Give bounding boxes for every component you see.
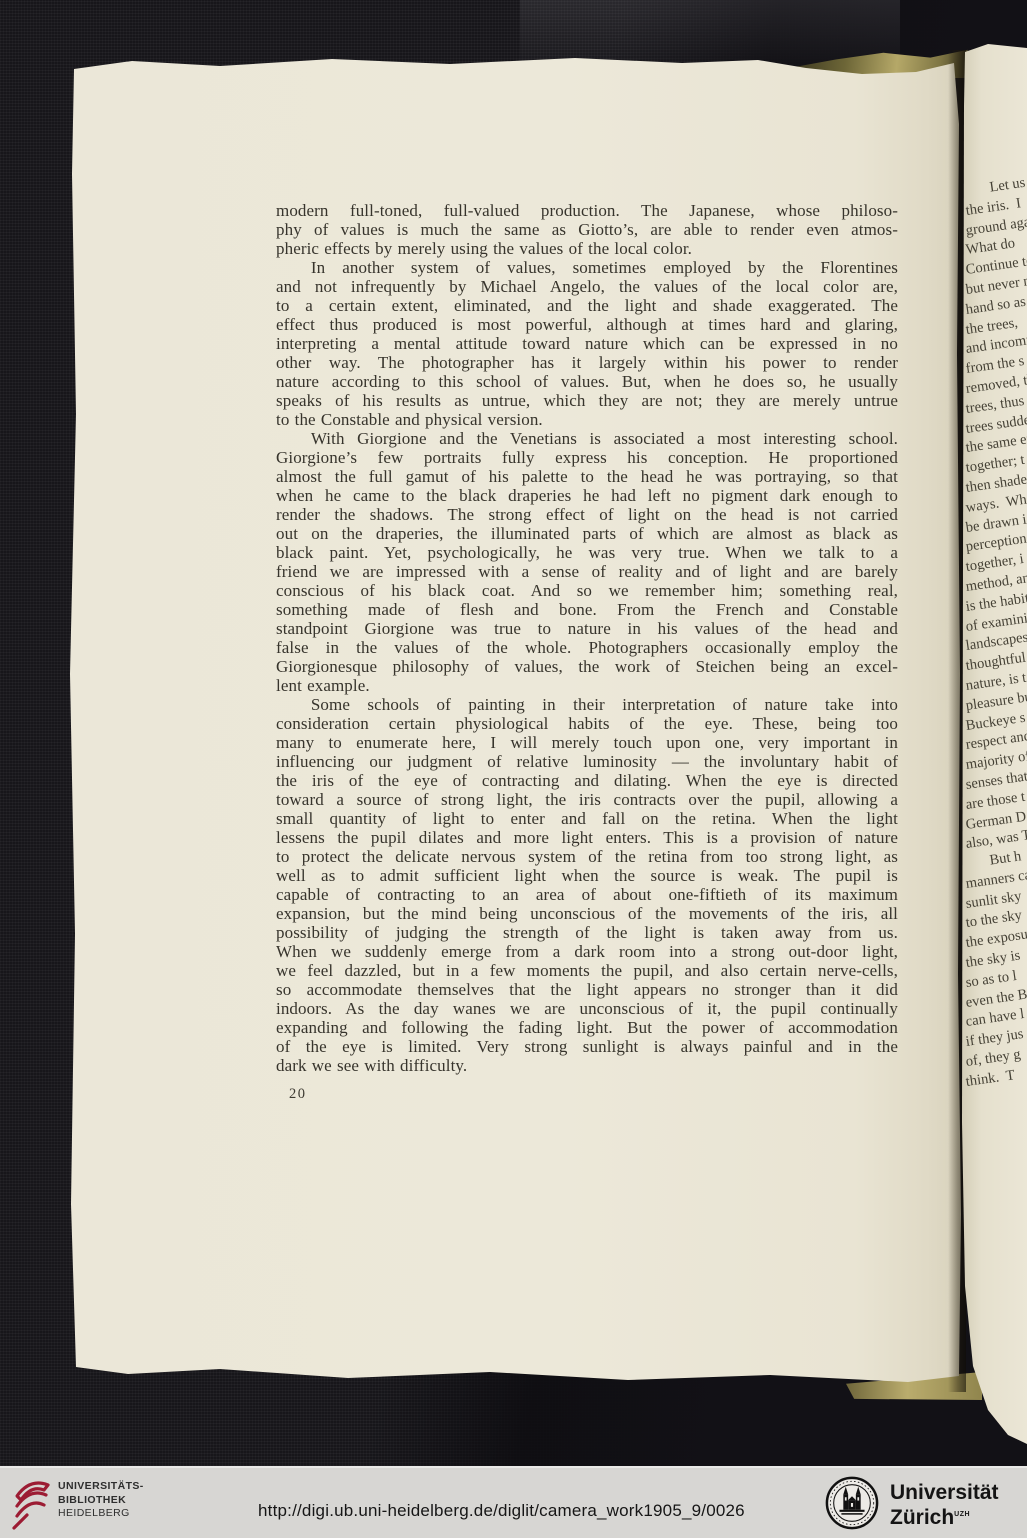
text-line: almost the full gamut of his palette to … [276,467,898,486]
text-line: toward a source of strong light, the iri… [276,790,898,809]
text-line: to a certain extent, eliminated, and the… [276,296,898,315]
library-name-line1: UNIVERSITÄTS- [58,1480,144,1494]
text-line: Some schools of painting in their interp… [276,695,898,714]
scanned-book-viewer: modern full-toned, full-valued productio… [0,0,1027,1538]
text-line: dark we see with difficulty. [276,1056,898,1075]
text-line: many to enumerate here, I will merely to… [276,733,898,752]
text-line: something made of flesh and bone. From t… [276,600,898,619]
text-line: indoors. As the day wanes we are unconsc… [276,999,898,1018]
text-line: standpoint Giorgione was true to nature … [276,619,898,638]
text-line: With Giorgione and the Venetians is asso… [276,429,898,448]
text-line: expanding and following the fading light… [276,1018,898,1037]
text-line: lent example. [276,676,898,695]
library-name-line2: BIBLIOTHEK [58,1494,144,1508]
text-line: out on the draperies, the illuminated pa… [276,524,898,543]
ub-heidelberg-logo-icon [10,1476,52,1537]
text-line: Giorgionesque philosophy of values, the … [276,657,898,676]
university-name: Universität ZürichUZH [890,1482,999,1529]
text-line: conscious of his black coat. And so we r… [276,581,898,600]
text-line: the iris of the eye of contracting and d… [276,771,898,790]
text-line: nature according to this school of value… [276,372,898,391]
text-line: black paint. Yet, psychologically, he wa… [276,543,898,562]
text-line: friend we are impressed with a sense of … [276,562,898,581]
text-line: and not infrequently by Michael Angelo, … [276,277,898,296]
university-name-line2: ZürichUZH [890,1504,999,1529]
text-line: consideration certain physiological habi… [276,714,898,733]
text-block: modern full-toned, full-valued productio… [276,201,898,1075]
library-name-line3: HEIDELBERG [58,1507,144,1521]
text-line: possibility of judging the strength of t… [276,923,898,942]
book-page: modern full-toned, full-valued productio… [70,54,962,1388]
text-line: of the eye is limited. Very strong sunli… [276,1037,898,1056]
university-name-line1: Universität [890,1482,999,1504]
text-line: interpreting a mental attitude toward na… [276,334,898,353]
text-line: phy of values is much the same as Giotto… [276,220,898,239]
footer-bar: UNIVERSITÄTS- BIBLIOTHEK HEIDELBERG http… [0,1466,1027,1538]
text-line: pheric effects by merely using the value… [276,239,898,258]
text-line: Giorgione’s few portraits fully express … [276,448,898,467]
text-line: modern full-toned, full-valued productio… [276,201,898,220]
page-number: 20 [289,1086,307,1103]
text-line: well as to admit sufficient light when t… [276,866,898,885]
uzh-superscript: UZH [954,1511,970,1518]
text-line: we feel dazzled, but in a few moments th… [276,961,898,980]
library-name: UNIVERSITÄTS- BIBLIOTHEK HEIDELBERG [58,1480,144,1521]
text-line: expansion, but the mind being unconsciou… [276,904,898,923]
facing-page-edge: Let usthe iris. Iground agaiWhat doConti… [962,42,1027,1444]
text-line: when he came to the black draperies he h… [276,486,898,505]
text-line: capable of contracting to an area of abo… [276,885,898,904]
text-line: influencing our judgment of relative lum… [276,752,898,771]
text-line: render the shadows. The strong effect of… [276,505,898,524]
document-url: http://digi.ub.uni-heidelberg.de/diglit/… [258,1501,745,1521]
text-line: false in the values of the whole. Photog… [276,638,898,657]
text-line: to protect the delicate nervous system o… [276,847,898,866]
text-line: speaks of his results as untrue, which t… [276,391,898,410]
text-line: effect thus produced is most powerful, a… [276,315,898,334]
text-line: In another system of values, sometimes e… [276,258,898,277]
text-line: When we suddenly emerge from a dark room… [276,942,898,961]
text-line: small quantity of light to enter and fal… [276,809,898,828]
next-page-text: Let usthe iris. Iground agaiWhat doConti… [966,182,1027,1093]
text-line: lessens the pupil dilates and more light… [276,828,898,847]
uzh-logo: Universität ZürichUZH [825,1476,999,1535]
text-line: other way. The photographer has it large… [276,353,898,372]
text-line: to the Constable and physical version. [276,410,898,429]
text-line: so accommodate themselves that the light… [276,980,898,999]
uzh-seal-icon [825,1476,879,1535]
